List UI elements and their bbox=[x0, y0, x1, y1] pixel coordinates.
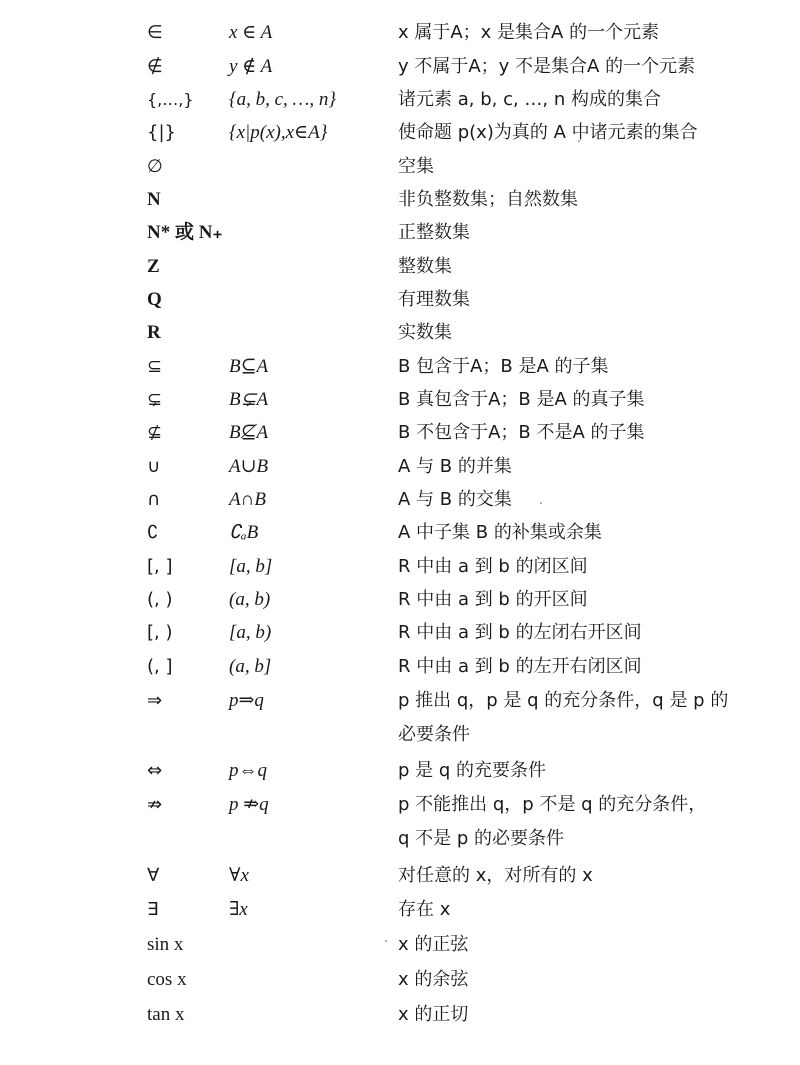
example-cell: (a, b) bbox=[229, 585, 270, 615]
meaning-cell: A 中子集 B 的补集或余集 bbox=[398, 518, 602, 548]
symbol-cell: (, ] bbox=[147, 652, 173, 682]
symbol-cell: ∅ bbox=[147, 152, 163, 182]
meaning-cell: B 不包含于A；B 不是A 的子集 bbox=[398, 418, 645, 448]
meaning-cell: B 包含于A；B 是A 的子集 bbox=[398, 352, 609, 382]
symbol-cell: N* 或 N₊ bbox=[147, 218, 222, 248]
symbol-cell: ⊊ bbox=[147, 385, 162, 415]
symbol-cell: ⊈ bbox=[147, 418, 162, 448]
meaning-cell: 使命题 p(x)为真的 A 中诸元素的集合 bbox=[398, 118, 698, 148]
example-cell: ∀x bbox=[229, 861, 249, 891]
table-row: cos x x 的余弦 bbox=[0, 965, 800, 999]
table-row: R 实数集 bbox=[0, 318, 800, 352]
table-row: N* 或 N₊ 正整数集 bbox=[0, 218, 800, 252]
symbol-cell: ⇒ bbox=[147, 686, 162, 716]
symbol-cell: sin x bbox=[147, 930, 183, 960]
meaning-cell: 诸元素 a, b, c, …, n 构成的集合 bbox=[398, 85, 661, 115]
table-row: ∀ ∀x 对任意的 x，对所有的 x bbox=[0, 861, 800, 895]
table-row: ∅ 空集 bbox=[0, 152, 800, 186]
example-cell: p ⇏q bbox=[229, 790, 269, 820]
table-row: N 非负整数集；自然数集 bbox=[0, 185, 800, 219]
example-cell: ∃x bbox=[229, 895, 248, 925]
table-row: Z 整数集 bbox=[0, 252, 800, 286]
table-row: tan x x 的正切 bbox=[0, 1000, 800, 1034]
meaning-cell: x 的正弦 bbox=[398, 930, 468, 960]
example-cell: p⇒q bbox=[229, 686, 264, 716]
meaning-cell-continued: q 不是 p 的必要条件 bbox=[398, 824, 564, 854]
meaning-cell: p 不能推出 q，p 不是 q 的充分条件， bbox=[398, 790, 706, 820]
table-row: ⇔ p⇔q p 是 q 的充要条件 bbox=[0, 756, 800, 790]
meaning-cell: 有理数集 bbox=[398, 285, 470, 315]
scan-speck bbox=[540, 502, 542, 504]
meaning-cell: x 属于A；x 是集合A 的一个元素 bbox=[398, 18, 659, 48]
meaning-cell: 实数集 bbox=[398, 318, 452, 348]
example-cell: ∁ₐB bbox=[229, 518, 258, 548]
meaning-cell: R 中由 a 到 b 的左闭右开区间 bbox=[398, 618, 642, 648]
meaning-cell: x 的余弦 bbox=[398, 965, 468, 995]
table-row: ∈ x ∈ A x 属于A；x 是集合A 的一个元素 bbox=[0, 18, 800, 52]
meaning-cell: p 推出 q，p 是 q 的充分条件，q 是 p 的 bbox=[398, 686, 728, 716]
meaning-cell: y 不属于A；y 不是集合A 的一个元素 bbox=[398, 52, 695, 82]
symbol-cell: ∪ bbox=[147, 452, 160, 482]
symbol-cell: N bbox=[147, 185, 161, 215]
meaning-cell: 对任意的 x，对所有的 x bbox=[398, 861, 593, 891]
table-row: ⊈ B⊈A B 不包含于A；B 不是A 的子集 bbox=[0, 418, 800, 452]
symbol-cell: ∩ bbox=[147, 485, 160, 515]
symbol-cell: Q bbox=[147, 285, 162, 315]
scan-speck bbox=[385, 940, 387, 942]
example-cell: A∪B bbox=[229, 452, 268, 482]
symbol-cell: R bbox=[147, 318, 161, 348]
meaning-cell: 非负整数集；自然数集 bbox=[398, 185, 578, 215]
symbol-cell: ⇔ bbox=[147, 756, 162, 786]
example-cell: p⇔q bbox=[229, 756, 267, 786]
example-cell: [a, b) bbox=[229, 618, 271, 648]
table-row: ⇒ p⇒q p 推出 q，p 是 q 的充分条件，q 是 p 的 必要条件 bbox=[0, 686, 800, 754]
table-row: ⊆ B⊆A B 包含于A；B 是A 的子集 bbox=[0, 352, 800, 386]
symbol-cell: [, ) bbox=[147, 618, 173, 648]
symbol-cell: [, ] bbox=[147, 552, 173, 582]
meaning-cell: 存在 x bbox=[398, 895, 450, 925]
table-row: ∃ ∃x 存在 x bbox=[0, 895, 800, 929]
meaning-cell: R 中由 a 到 b 的开区间 bbox=[398, 585, 588, 615]
example-cell: B⊈A bbox=[229, 418, 268, 448]
meaning-cell: B 真包含于A；B 是A 的真子集 bbox=[398, 385, 645, 415]
table-row: sin x x 的正弦 bbox=[0, 930, 800, 964]
meaning-cell: R 中由 a 到 b 的左开右闭区间 bbox=[398, 652, 642, 682]
symbol-cell: cos x bbox=[147, 965, 187, 995]
table-row: ⊊ B⊊A B 真包含于A；B 是A 的真子集 bbox=[0, 385, 800, 419]
example-cell: (a, b] bbox=[229, 652, 271, 682]
example-cell: [a, b] bbox=[229, 552, 272, 582]
symbol-cell: {,…,} bbox=[147, 85, 194, 115]
symbol-cell: ∀ bbox=[147, 861, 159, 891]
symbol-cell: ⇏ bbox=[147, 790, 162, 820]
table-row: ⇏ p ⇏q p 不能推出 q，p 不是 q 的充分条件， q 不是 p 的必要… bbox=[0, 790, 800, 858]
symbol-cell: ⊆ bbox=[147, 352, 162, 382]
symbol-cell: Z bbox=[147, 252, 160, 282]
symbol-cell: ∁ bbox=[147, 518, 158, 548]
table-row: {|} {x|p(x),x∈A} 使命题 p(x)为真的 A 中诸元素的集合 bbox=[0, 118, 800, 152]
example-cell: B⊊A bbox=[229, 385, 268, 415]
table-row: ∁ ∁ₐB A 中子集 B 的补集或余集 bbox=[0, 518, 800, 552]
meaning-cell: 正整数集 bbox=[398, 218, 470, 248]
table-row: [, ] [a, b] R 中由 a 到 b 的闭区间 bbox=[0, 552, 800, 586]
table-row: ∩ A∩B A 与 B 的交集 bbox=[0, 485, 800, 519]
scan-speck bbox=[578, 140, 580, 142]
meaning-cell: x 的正切 bbox=[398, 1000, 468, 1030]
symbol-cell: tan x bbox=[147, 1000, 184, 1030]
table-row: ∪ A∪B A 与 B 的并集 bbox=[0, 452, 800, 486]
meaning-cell: p 是 q 的充要条件 bbox=[398, 756, 546, 786]
meaning-cell: 空集 bbox=[398, 152, 434, 182]
symbol-cell: ∃ bbox=[147, 895, 158, 925]
meaning-cell-continued: 必要条件 bbox=[398, 720, 470, 750]
meaning-cell: R 中由 a 到 b 的闭区间 bbox=[398, 552, 588, 582]
table-row: {,…,} {a, b, c, …, n} 诸元素 a, b, c, …, n … bbox=[0, 85, 800, 119]
example-cell: y ∉ A bbox=[229, 52, 272, 82]
table-row: (, ] (a, b] R 中由 a 到 b 的左开右闭区间 bbox=[0, 652, 800, 686]
meaning-cell: 整数集 bbox=[398, 252, 452, 282]
symbol-cell: ∉ bbox=[147, 52, 163, 82]
symbol-cell: ∈ bbox=[147, 18, 163, 48]
table-row: Q 有理数集 bbox=[0, 285, 800, 319]
example-cell: {x|p(x),x∈A} bbox=[229, 118, 327, 148]
example-cell: {a, b, c, …, n} bbox=[229, 85, 336, 115]
example-cell: B⊆A bbox=[229, 352, 268, 382]
example-cell: A∩B bbox=[229, 485, 266, 515]
meaning-cell: A 与 B 的并集 bbox=[398, 452, 512, 482]
symbol-cell: (, ) bbox=[147, 585, 173, 615]
meaning-cell: A 与 B 的交集 bbox=[398, 485, 512, 515]
table-row: (, ) (a, b) R 中由 a 到 b 的开区间 bbox=[0, 585, 800, 619]
symbol-cell: {|} bbox=[147, 118, 176, 148]
example-cell: x ∈ A bbox=[229, 18, 272, 48]
table-row: ∉ y ∉ A y 不属于A；y 不是集合A 的一个元素 bbox=[0, 52, 800, 86]
table-row: [, ) [a, b) R 中由 a 到 b 的左闭右开区间 bbox=[0, 618, 800, 652]
